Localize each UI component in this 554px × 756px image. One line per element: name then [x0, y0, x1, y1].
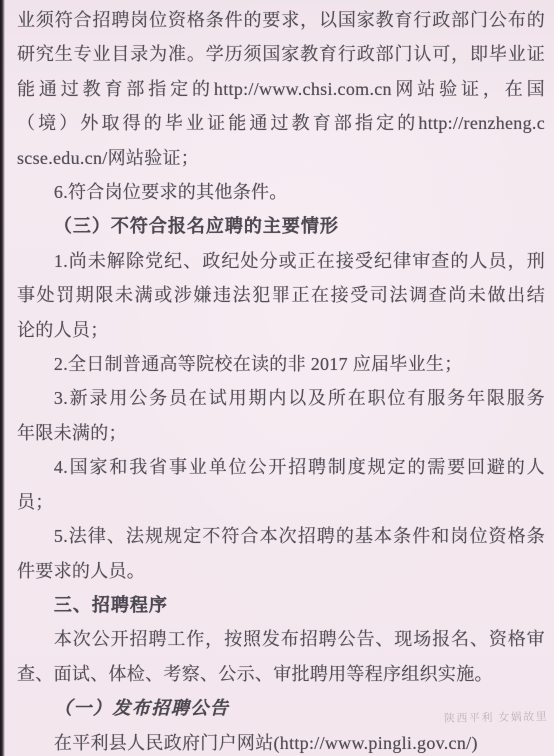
- text-line: 论的人员；: [17, 313, 545, 347]
- text-line: scse.edu.cn/网站验证；: [17, 141, 545, 175]
- scanned-document-page: 业须符合招聘岗位资格条件的要求，以国家教育行政部门公布的 研究生专业目录为准。学…: [0, 0, 554, 756]
- text-line: 事处罚期限未满或涉嫌违法犯罪正在接受司法调查尚未做出结: [17, 278, 545, 312]
- text-line: 在平利县人民政府门户网站(http://www.pingli.gov.cn/): [17, 726, 545, 756]
- text-line: 3.新录用公务员在试用期内以及所在职位有服务年限服务: [17, 381, 545, 415]
- text-line: 本次公开招聘工作，按照发布招聘公告、现场报名、资格审: [17, 622, 545, 656]
- text-line: 2.全日制普通高等院校在读的非 2017 应届毕业生；: [17, 347, 545, 381]
- scanner-edge-shadow: [0, 0, 5, 756]
- document-body: 业须符合招聘岗位资格条件的要求，以国家教育行政部门公布的 研究生专业目录为准。学…: [0, 0, 554, 756]
- text-line: 6.符合岗位要求的其他条件。: [17, 175, 545, 209]
- heading-procedure: 三、招聘程序: [17, 588, 545, 622]
- text-line: 能通过教育部指定的http://www.chsi.com.cn网站验证，在国: [17, 72, 545, 106]
- text-line: 研究生专业目录为准。学历须国家教育行政部门认可，即毕业证: [17, 37, 545, 71]
- text-line: 件要求的人员。: [17, 554, 545, 588]
- text-line: 4.国家和我省事业单位公开招聘制度规定的需要回避的人: [17, 450, 545, 484]
- text-line: 年限未满的；: [17, 416, 545, 450]
- site-watermark: 陕西平利 女娲故里: [444, 711, 548, 725]
- text-line: 5.法律、法规规定不符合本次招聘的基本条件和岗位资格条: [17, 519, 545, 553]
- text-line: 业须符合招聘岗位资格条件的要求，以国家教育行政部门公布的: [17, 3, 545, 37]
- text-line: 员；: [17, 485, 545, 519]
- text-line: 1.尚未解除党纪、政纪处分或正在接受纪律审查的人员，刑: [17, 244, 545, 278]
- text-line: （境）外取得的毕业证能通过教育部指定的http://renzheng.c: [17, 106, 545, 140]
- text-line: 查、面试、体检、考察、公示、审批聘用等程序组织实施。: [17, 657, 545, 691]
- heading-exclusions: （三）不符合报名应聘的主要情形: [17, 209, 545, 243]
